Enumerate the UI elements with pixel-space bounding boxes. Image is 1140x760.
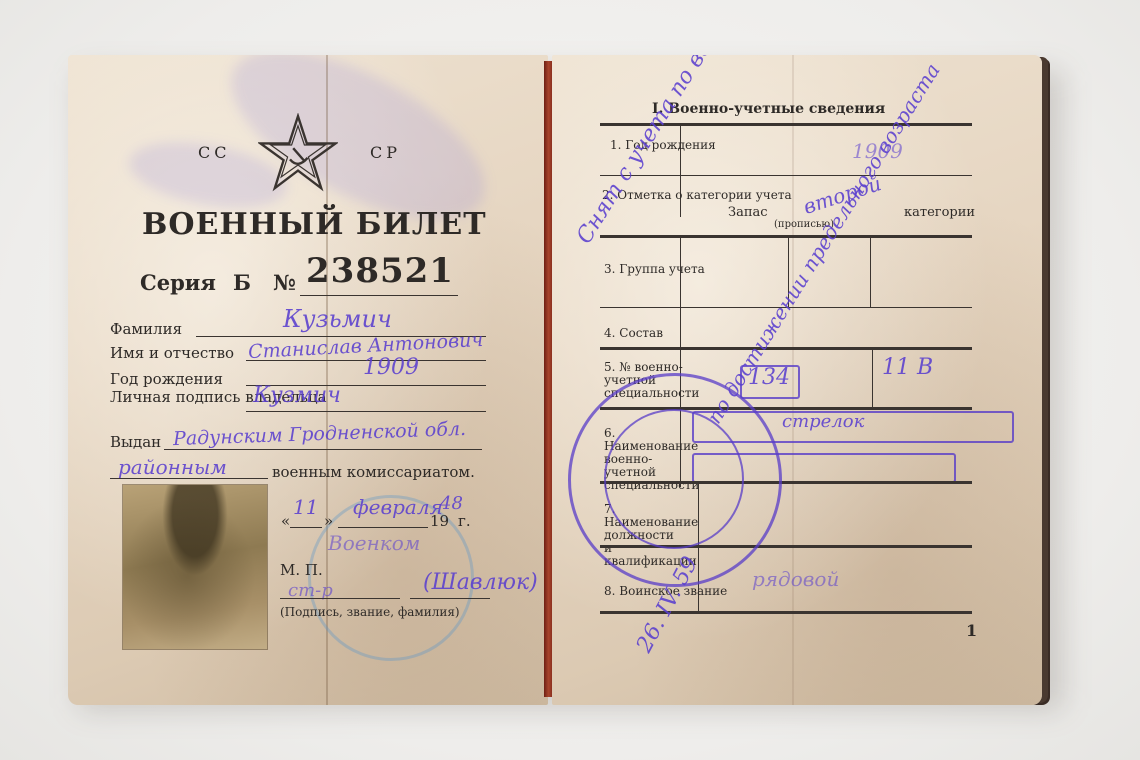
owner-photo xyxy=(123,485,267,649)
document-number: 238521 xyxy=(306,251,454,291)
signature-line xyxy=(280,598,400,599)
number-sign: № xyxy=(273,270,296,295)
row-rule xyxy=(600,235,972,238)
category-reserve: Запас xyxy=(728,205,768,220)
field-value-issued: Радунским Гродненской обл. xyxy=(173,418,467,450)
issue-year-prefix: 19 xyxy=(430,512,449,530)
table-divider xyxy=(870,237,871,307)
left-page: СС СР ВОЕННЫЙ БИЛЕТ Серия Б № 238521 Фам… xyxy=(68,55,548,705)
signatory-name: (Шавлюк) xyxy=(423,570,538,595)
date-quote-open: « xyxy=(281,512,290,530)
row-label-4: 4. Состав xyxy=(604,327,663,340)
field-label-issued: Выдан xyxy=(110,433,161,451)
row-value-8: рядовой xyxy=(752,567,839,591)
country-label-left: СС xyxy=(198,143,230,162)
series-label: Серия xyxy=(140,270,216,295)
table-divider xyxy=(872,349,873,407)
field-line xyxy=(290,527,322,528)
field-value-birth-year: 1909 xyxy=(363,355,419,380)
field-line xyxy=(110,478,268,479)
field-label-name: Имя и отчество xyxy=(110,344,234,362)
date-quote-close: » xyxy=(324,512,333,530)
row-rule xyxy=(600,347,972,350)
series-letter: Б xyxy=(233,270,251,295)
page-number: 1 xyxy=(966,621,977,640)
military-id-booklet: СС СР ВОЕННЫЙ БИЛЕТ Серия Б № 238521 Фам… xyxy=(68,55,1058,705)
row-value-6: стрелок xyxy=(782,411,864,432)
field-line xyxy=(338,527,428,528)
star-hammer-sickle-icon xyxy=(258,113,338,193)
stamp-inner-ring xyxy=(604,409,744,549)
category-suffix: категории xyxy=(904,205,975,220)
issued-by-continuation: районным xyxy=(118,455,227,479)
row-label-2: 2. Отметка о категории учета xyxy=(602,189,792,202)
signature-line xyxy=(410,598,490,599)
field-line xyxy=(164,449,482,450)
row-label-3: 3. Группа учета xyxy=(604,263,705,276)
issue-year: 48 xyxy=(440,493,463,514)
seal-label: М. П. xyxy=(280,561,323,579)
field-line xyxy=(246,411,486,412)
annotation-code: 11 В xyxy=(882,355,933,380)
issue-year-suffix: г. xyxy=(458,512,471,530)
row-rule xyxy=(600,175,972,176)
issue-day: 11 xyxy=(293,495,318,519)
signature-caption: (Подпись, звание, фамилия) xyxy=(280,605,460,619)
section-title: I. Военно-учетные сведения xyxy=(652,101,885,117)
field-label-surname: Фамилия xyxy=(110,320,182,338)
country-label-right: СР xyxy=(370,143,401,162)
field-value-surname: Кузьмич xyxy=(283,305,392,333)
owner-signature: Кузмич xyxy=(253,383,341,408)
document-title: ВОЕННЫЙ БИЛЕТ xyxy=(142,207,487,242)
right-page: I. Военно-учетные сведения 1. Год рожден… xyxy=(552,55,1042,705)
field-label-birth-year: Год рождения xyxy=(110,370,223,388)
signatory-title: Военком xyxy=(328,531,420,555)
issued-by-suffix: военным комиссариатом. xyxy=(272,463,475,481)
number-underline xyxy=(300,295,458,296)
